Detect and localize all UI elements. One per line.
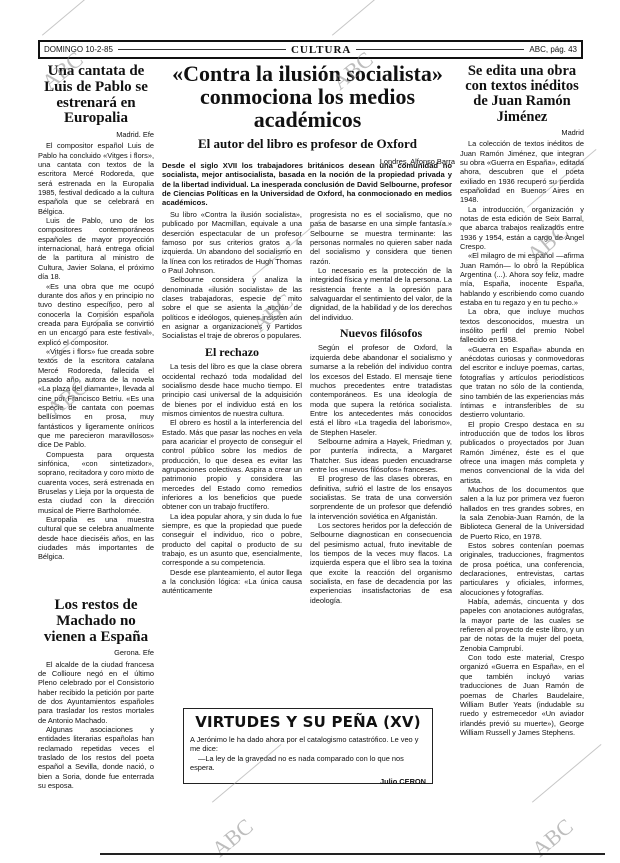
paragraph: La idea popular ahora, y sin duda lo fue…	[162, 512, 302, 568]
paragraph: Compuesta para orquesta sinfónica, «con …	[38, 450, 154, 515]
paragraph: Europalia es una muestra cultural que se…	[38, 515, 154, 562]
subhead-socialismo: El autor del libro es profesor de Oxford	[160, 137, 455, 151]
headline-jimenez: Se edita una obra con textos inéditos de…	[460, 64, 584, 125]
paragraph: —La ley de la gravedad no es nada compar…	[190, 754, 426, 773]
paragraph: El compositor español Luis de Pablo ha c…	[38, 141, 154, 216]
socialismo-column-2: progresista no es el socialismo, que no …	[310, 210, 452, 605]
lead-paragraph: Desde el siglo XVII los trabajadores bri…	[162, 161, 452, 207]
page-header: DOMINGO 10-2-85 CULTURA ABC, pág. 43	[38, 40, 583, 59]
watermark-abc: ABC	[527, 813, 578, 862]
paragraph: Estos sobres contenían poemas originales…	[460, 541, 584, 597]
paragraph: El alcalde de la ciudad francesa de Coll…	[38, 660, 154, 725]
paragraph: «Guerra en España» abunda en anécdotas c…	[460, 345, 584, 420]
socialismo-column-1: Su libro «Contra la ilusión socialista»,…	[162, 210, 302, 596]
paragraph: Algunas asociaciones y entidades literar…	[38, 725, 154, 790]
paragraph: Desde ese planteamiento, el autor llega …	[162, 568, 302, 596]
paragraph: Selbourne admira a Hayek, Friedman y, po…	[310, 437, 452, 474]
paragraph: La obra, que incluye muchos textos desco…	[460, 307, 584, 344]
headline-machado: Los restos de Machado no vienen a España	[38, 598, 154, 645]
paragraph: Había, además, cincuenta y dos papeles c…	[460, 597, 584, 653]
section-title: CULTURA	[291, 44, 351, 56]
article-machado: Los restos de Machado no vienen a España…	[38, 598, 154, 790]
paragraph: Su libro «Contra la ilusión socialista»,…	[162, 210, 302, 275]
paragraph: Luis de Pablo, uno de los compositores c…	[38, 216, 154, 281]
paragraph: Según el profesor de Oxford, la izquierd…	[310, 343, 452, 436]
paragraph: progresista no es el socialismo, que no …	[310, 210, 452, 266]
paragraph: Los sectores heridos por la defección de…	[310, 521, 452, 605]
headline-socialismo-1: «Contra la ilusión socialista»	[160, 62, 455, 85]
page-number: ABC, pág. 43	[529, 45, 577, 54]
byline-jimenez: Madrid	[460, 128, 584, 137]
virtudes-signature: Julio CERON	[190, 777, 426, 786]
paragraph: Muchos de los documentos que salen a la …	[460, 485, 584, 541]
virtudes-title: VIRTUDES Y SU PEÑA (XV)	[190, 713, 426, 731]
headline-socialismo-2: conmociona los medios académicos	[160, 85, 455, 131]
header-date: DOMINGO 10-2-85	[44, 45, 113, 54]
virtudes-box: VIRTUDES Y SU PEÑA (XV) A Jerónimo le ha…	[183, 708, 433, 784]
paragraph: «El milagro de mi español —afirma Juan R…	[460, 251, 584, 307]
article-socialismo-head: «Contra la ilusión socialista» conmocion…	[160, 62, 455, 168]
paragraph: Lo necesario es la protección de la inte…	[310, 266, 452, 322]
paragraph: «Es una obra que me ocupó durante dos añ…	[38, 282, 154, 347]
paragraph: El obrero es hostil a la interferencia d…	[162, 418, 302, 511]
paragraph: El propio Crespo destaca en su introducc…	[460, 420, 584, 485]
newspaper-page: DOMINGO 10-2-85 CULTURA ABC, pág. 43 Una…	[0, 0, 620, 863]
byline-machado: Gerona. Efe	[38, 648, 154, 657]
paragraph: Con todo este material, Crespo organizó …	[460, 653, 584, 737]
paragraph: La tesis del libro es que la clase obrer…	[162, 362, 302, 418]
header-rule	[118, 49, 286, 50]
subhead-filosofos: Nuevos filósofos	[310, 329, 452, 338]
byline-cantata: Madrid. Efe	[38, 130, 154, 139]
paragraph: El progreso de las clases obreras, en de…	[310, 474, 452, 521]
article-cantata: Una cantata de Luis de Pablo se estrenar…	[38, 64, 154, 562]
article-jimenez: Se edita una obra con textos inéditos de…	[460, 64, 584, 737]
header-rule	[356, 49, 524, 50]
paragraph: A Jerónimo le ha dado ahora por el catal…	[190, 735, 426, 754]
paragraph: La colección de textos inéditos de Juan …	[460, 139, 584, 204]
subhead-rechazo: El rechazo	[162, 348, 302, 357]
watermark-abc: ABC	[207, 813, 258, 862]
bottom-rule	[100, 853, 605, 855]
